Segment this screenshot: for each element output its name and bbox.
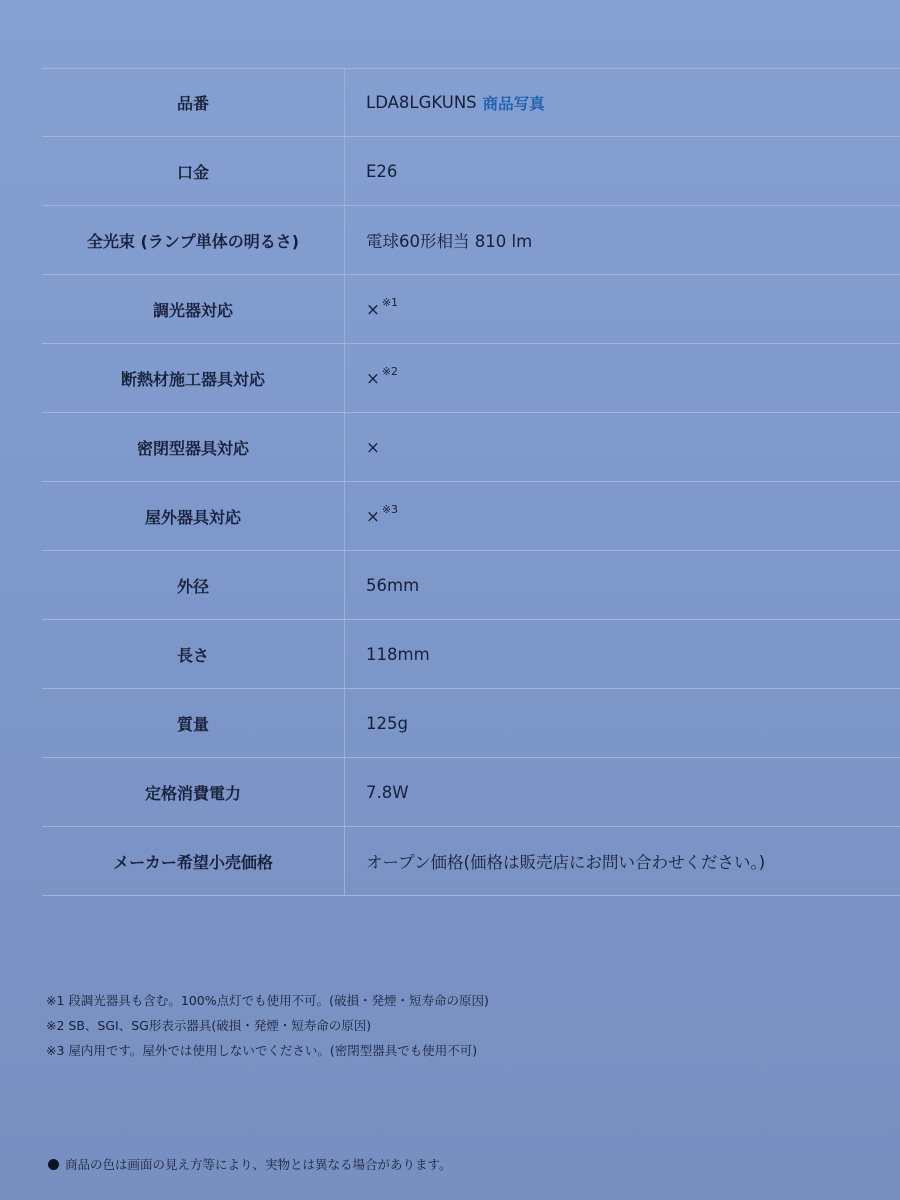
color-disclaimer: 商品の色は画面の見え方等により、実物とは異なる場合があります。 <box>48 1155 452 1173</box>
spec-row-outdoor: 屋外器具対応 × ※3 <box>42 482 900 551</box>
footnote-2: ※2 SB、SGI、SG形表示器具(破損・発煙・短寿命の原因) <box>46 1013 489 1038</box>
spec-row-sealed: 密閉型器具対応 × <box>42 413 900 482</box>
cross-mark: × <box>366 300 380 319</box>
spec-label: 断熱材施工器具対応 <box>42 344 345 412</box>
spec-value: LDA8LGKUNS 商品写真 <box>345 69 900 136</box>
spec-label: 長さ <box>42 620 345 688</box>
cross-mark: × <box>366 507 380 526</box>
spec-value: オープン価格(価格は販売店にお問い合わせください。) <box>345 827 900 895</box>
spec-label: メーカー希望小売価格 <box>42 827 345 895</box>
spec-value: 125g <box>345 689 900 757</box>
footnote-ref: ※2 <box>382 365 398 378</box>
spec-row-length: 長さ 118mm <box>42 620 900 689</box>
spec-label: 全光束 (ランプ単体の明るさ) <box>42 206 345 274</box>
disclaimer-text: 商品の色は画面の見え方等により、実物とは異なる場合があります。 <box>65 1155 452 1173</box>
spec-row-dimmer: 調光器対応 × ※1 <box>42 275 900 344</box>
spec-row-power: 定格消費電力 7.8W <box>42 758 900 827</box>
spec-value: × ※1 <box>345 275 900 343</box>
spec-value: × <box>345 413 900 481</box>
spec-label: 口金 <box>42 137 345 205</box>
spec-value: 電球60形相当 810 lm <box>345 206 900 274</box>
spec-label: 品番 <box>42 69 345 136</box>
spec-row-product-number: 品番 LDA8LGKUNS 商品写真 <box>42 68 900 137</box>
footnote-ref: ※3 <box>382 503 398 516</box>
spec-value: 56mm <box>345 551 900 619</box>
spec-row-insulation: 断熱材施工器具対応 × ※2 <box>42 344 900 413</box>
spec-value: 118mm <box>345 620 900 688</box>
spec-value: × ※3 <box>345 482 900 550</box>
spec-value: E26 <box>345 137 900 205</box>
footnote-1: ※1 段調光器具も含む。100%点灯でも使用不可。(破損・発煙・短寿命の原因) <box>46 988 489 1013</box>
spec-label: 屋外器具対応 <box>42 482 345 550</box>
spec-label: 定格消費電力 <box>42 758 345 826</box>
bullet-icon <box>48 1159 59 1170</box>
spec-label: 密閉型器具対応 <box>42 413 345 481</box>
spec-row-luminous-flux: 全光束 (ランプ単体の明るさ) 電球60形相当 810 lm <box>42 206 900 275</box>
product-photo-link[interactable]: 商品写真 <box>483 92 545 114</box>
spec-row-price: メーカー希望小売価格 オープン価格(価格は販売店にお問い合わせください。) <box>42 827 900 896</box>
spec-label: 調光器対応 <box>42 275 345 343</box>
cross-mark: × <box>366 438 380 457</box>
spec-label: 質量 <box>42 689 345 757</box>
footnote-3: ※3 屋内用です。屋外では使用しないでください。(密閉型器具でも使用不可) <box>46 1038 489 1063</box>
spec-value: 7.8W <box>345 758 900 826</box>
spec-row-base: 口金 E26 <box>42 137 900 206</box>
spec-row-diameter: 外径 56mm <box>42 551 900 620</box>
footnote-ref: ※1 <box>382 296 398 309</box>
cross-mark: × <box>366 369 380 388</box>
spec-row-mass: 質量 125g <box>42 689 900 758</box>
spec-table: 品番 LDA8LGKUNS 商品写真 口金 E26 全光束 (ランプ単体の明るさ… <box>42 68 900 896</box>
spec-label: 外径 <box>42 551 345 619</box>
product-number-value: LDA8LGKUNS <box>366 93 477 112</box>
footnotes: ※1 段調光器具も含む。100%点灯でも使用不可。(破損・発煙・短寿命の原因) … <box>46 988 489 1063</box>
spec-value: × ※2 <box>345 344 900 412</box>
